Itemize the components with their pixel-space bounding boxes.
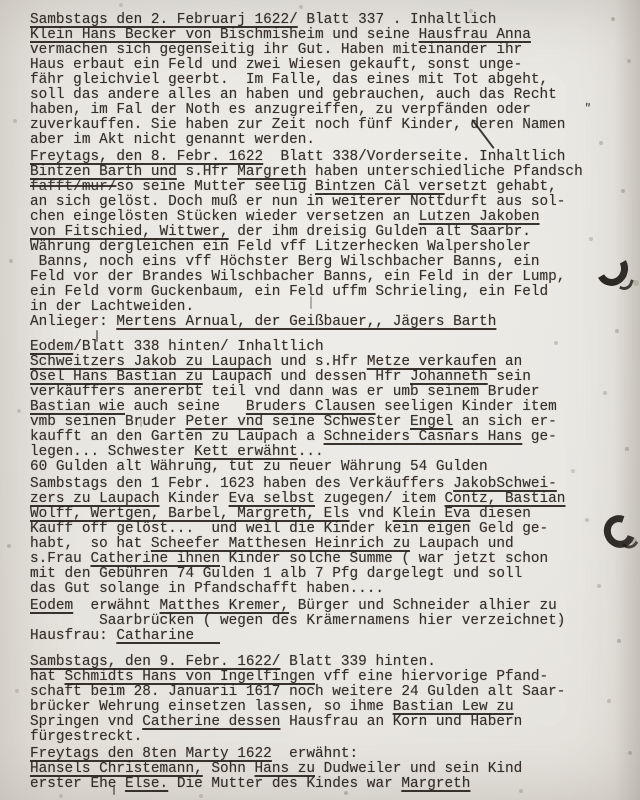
document-line: Sambstags den 1 Febr. 1623 haben des Ver…	[30, 477, 620, 492]
document-line: mit den Gebühren 74 Gulden 1 alb 7 Pfg d…	[30, 567, 620, 582]
document-line: zers zu Laupach Kinder Eva selbst zugege…	[30, 492, 620, 507]
underlined-text: Bintzen Cäl ver	[315, 179, 445, 195]
text: Sambstags den 1 Febr. 1623 haben des Ver…	[30, 476, 453, 492]
underlined-text: Catherine dessen	[142, 714, 280, 730]
text: chen eingelösten Stücken wieder versetze…	[30, 209, 419, 225]
document-line: Schweitzers Jakob zu Laupach und s.Hfr M…	[30, 355, 620, 370]
text: an sich gelöst. Doch muß er nun in weite…	[30, 194, 565, 210]
text: vnd	[350, 506, 393, 522]
text: aber im Akt nicht genannt werden.	[30, 132, 315, 148]
text: brücker Wehrung einsetzen lassen, so ihm…	[30, 699, 393, 715]
text: so seine Mutter seelig	[116, 179, 315, 195]
scanned-document-page: Sambstags den 2. Februarj 1622/ Blatt 33…	[0, 0, 640, 800]
underlined-text: Contz, Bastian	[445, 491, 566, 507]
text: legen... Schwester	[30, 444, 194, 460]
paragraph: Eodem/Blatt 338 hinten/ InhaltlichSchwei…	[30, 340, 620, 475]
underlined-text: Johanneth	[410, 369, 488, 385]
text: Saarbrücken ( wegen des Krämernamens hie…	[30, 613, 565, 629]
document-line: Freytags, den 8. Febr. 1622 Blatt 338/Vo…	[30, 150, 620, 165]
document-line: in der Lachtweiden.	[30, 300, 620, 315]
text: zugegen/ item	[315, 491, 445, 507]
page-edge-shading	[614, 0, 640, 800]
text: erwähnt	[73, 598, 159, 614]
document-line: Sambstags den 2. Februarj 1622/ Blatt 33…	[30, 13, 620, 28]
text: Banns, noch eins vff Höchster Berg Wilsc…	[30, 254, 540, 270]
underlined-text: Bintzen Barth und	[30, 164, 177, 180]
document-line: Haus erbaut ein Feld und zwei Wiesen gek…	[30, 58, 620, 73]
stray-mark	[140, 417, 142, 427]
text: mit den Gebühren 74 Gulden 1 alb 7 Pfg d…	[30, 566, 522, 582]
underlined-text: Mertens Arnual, der Geißbauer,, Jägers B…	[116, 314, 496, 330]
text: habt, so hat	[30, 536, 151, 552]
text: Hausfrau an Korn und Habern	[280, 714, 522, 730]
document-line: erster Ehe Else. Die Mutter des Kindes w…	[30, 777, 620, 792]
underlined-text: Lutzen Jakoben	[419, 209, 540, 225]
underlined-text: Engel	[410, 414, 453, 430]
document-line: Feld vor der Brandes Wilschbacher Banns,…	[30, 270, 620, 285]
stray-mark	[310, 296, 312, 309]
document-line: Springen vnd Catherine dessen Hausfrau a…	[30, 715, 620, 730]
underlined-text: Matthes Kremer,	[160, 598, 290, 614]
document-line: haben, im Fal der Noth es anzugreiffen, …	[30, 103, 620, 118]
underlined-text: Kett erwähnt	[194, 444, 298, 460]
underlined-text: Eva selbst	[229, 491, 315, 507]
text: zuverkauffen. Sie haben zur Zeit noch fü…	[30, 117, 565, 133]
text: Laupach und	[410, 536, 514, 552]
document-line: fafft/mur/so seine Mutter seelig Bintzen…	[30, 180, 620, 195]
document-line: vermachen sich gegenseitig ihr Gut. Habe…	[30, 43, 620, 58]
underlined-text: Bastian Lew zu	[393, 699, 514, 715]
text: Blatt 337 . Inhaltlich	[298, 12, 497, 28]
stray-mark	[113, 786, 115, 795]
underlined-text: Hausfrau Anna	[419, 27, 531, 43]
document-line: Hansels Christemann, Sohn Hans zu Dudwei…	[30, 762, 620, 777]
text: hat	[30, 669, 65, 685]
underlined-text: Sambstags den 2. Februarj 1622/	[30, 12, 298, 28]
underlined-text: Freytags, den 8. Febr. 1622	[30, 149, 263, 165]
handwritten-tick-mark: ″	[583, 103, 592, 116]
text: 60 Gulden alt Währung, tut zu neuer Währ…	[30, 459, 488, 475]
document-line: Anlieger: Mertens Arnual, der Geißbauer,…	[30, 315, 620, 330]
text: Laupach und dessen Hfr	[203, 369, 410, 385]
underlined-text: zers zu Laupach	[30, 491, 160, 507]
text: haben unterschiedliche Pfandsch	[306, 164, 582, 180]
document-line: 60 Gulden alt Währung, tut zu neuer Währ…	[30, 460, 620, 475]
underlined-text: Klein Hans Becker von	[30, 27, 211, 43]
text: fähr gleichviel geerbt. Im Falle, das ei…	[30, 72, 548, 88]
text: auch seine	[125, 399, 246, 415]
document-line: Eodem/Blatt 338 hinten/ Inhaltlich	[30, 340, 620, 355]
text: der ihm dreisig Gulden alt Saarbr.	[229, 224, 531, 240]
document-line: soll das andere alles an haben und gebra…	[30, 88, 620, 103]
underlined-text: Scheefer Matthesen Heinrich zu	[151, 536, 410, 552]
text: schaft beim 28. Januarii 1617 noch weite…	[30, 684, 565, 700]
document-line: fähr gleichviel geerbt. Im Falle, das ei…	[30, 73, 620, 88]
text: soll das andere alles an haben und gebra…	[30, 87, 557, 103]
underlined-text: Peter vnd	[185, 414, 263, 430]
document-line: Hausfrau: Catharine	[30, 629, 620, 644]
underlined-text: Schneiders Casnars Hans	[324, 429, 523, 445]
underlined-text: Hans zu	[255, 761, 315, 777]
document-line: Freytags den 8ten Marty 1622 erwähnt:	[30, 747, 620, 762]
text: ...	[298, 444, 324, 460]
text: diesen	[470, 506, 530, 522]
text: und s.Hfr	[272, 354, 367, 370]
document-line: vmb seinen Bruder Peter vnd seine Schwes…	[30, 415, 620, 430]
text: s.Hfr	[177, 164, 237, 180]
text: Blatt 339 hinten.	[280, 654, 435, 670]
document-line: Wolff, Wertgen, Barbel, Margreth, Els vn…	[30, 507, 620, 522]
paragraph: Sambstags, den 9. Febr. 1622/ Blatt 339 …	[30, 655, 620, 745]
text: Kinder solche Summe ( war jetzt schon	[220, 551, 548, 567]
text: Dudweiler und sein Kind	[315, 761, 522, 777]
document-line: habt, so hat Scheefer Matthesen Heinrich…	[30, 537, 620, 552]
document-line: schaft beim 28. Januarii 1617 noch weite…	[30, 685, 620, 700]
paragraph: Freytags, den 8. Febr. 1622 Blatt 338/Vo…	[30, 150, 620, 330]
text: Kauff off gelöst... und weil die Kinder …	[30, 521, 548, 537]
underlined-text: Bruders Clausen	[246, 399, 376, 415]
document-line: Sambstags, den 9. Febr. 1622/ Blatt 339 …	[30, 655, 620, 670]
text: erster Ehe	[30, 776, 125, 792]
document-line: fürgestreckt.	[30, 730, 620, 745]
text: vff eine hiervorige Pfand-	[315, 669, 548, 685]
text: Kinder	[160, 491, 229, 507]
document-line: kaufft an den Garten zu Laupach a Schnei…	[30, 430, 620, 445]
underlined-text: Else.	[125, 776, 168, 792]
document-line: Kauff off gelöst... und weil die Kinder …	[30, 522, 620, 537]
paragraph: Freytags den 8ten Marty 1622 erwähnt:Han…	[30, 747, 620, 792]
document-body: Sambstags den 2. Februarj 1622/ Blatt 33…	[30, 13, 620, 792]
text: Bürger und Schneider alhier zu	[289, 598, 557, 614]
text: ein Feld vorm Guckenbaum, ein Feld uffm …	[30, 284, 548, 300]
text: verkäuffers anererbt teil vnd dann was e…	[30, 384, 540, 400]
text: an sich er-	[453, 414, 557, 430]
document-line: ein Feld vorm Guckenbaum, ein Feld uffm …	[30, 285, 620, 300]
underlined-text: Bastian wie	[30, 399, 125, 415]
underlined-text: JakobSchwei-	[453, 476, 557, 492]
text: /Blatt 338 hinten/ Inhaltlich	[73, 339, 323, 355]
document-line: aber im Akt nicht genannt werden.	[30, 133, 620, 148]
underlined-text: Schmidts Hans von Ingelfingen	[65, 669, 315, 685]
document-line: hat Schmidts Hans von Ingelfingen vff ei…	[30, 670, 620, 685]
text: kaufft an den Garten zu Laupach a	[30, 429, 324, 445]
text: haben, im Fal der Noth es anzugreiffen, …	[30, 102, 531, 118]
text: Springen vnd	[30, 714, 142, 730]
underlined-text: Sambstags, den 9. Febr. 1622/	[30, 654, 280, 670]
underlined-text: Ösel Hans Bastian zu	[30, 369, 203, 385]
text: setzt gehabt,	[445, 179, 557, 195]
text: das Gut solange in Pfandschafft haben...…	[30, 581, 384, 597]
underlined-text: Schweitzers Jakob zu Laupach	[30, 354, 272, 370]
text: Sohn	[203, 761, 255, 777]
document-line: das Gut solange in Pfandschafft haben...…	[30, 582, 620, 597]
text: in der Lachtweiden.	[30, 299, 194, 315]
document-line: Bastian wie auch seine Bruders Clausen s…	[30, 400, 620, 415]
text: sein	[488, 369, 531, 385]
document-line: von Fitschied, Wittwer, der ihm dreisig …	[30, 225, 620, 240]
text: Anlieger:	[30, 314, 116, 330]
text: Die Mutter des Kindes war	[168, 776, 401, 792]
document-line: Währung dergleichen ein Feld vff Litzerh…	[30, 240, 620, 255]
document-line: Eodem erwähnt Matthes Kremer, Bürger und…	[30, 599, 620, 614]
document-line: an sich gelöst. Doch muß er nun in weite…	[30, 195, 620, 210]
document-line: zuverkauffen. Sie haben zur Zeit noch fü…	[30, 118, 620, 133]
underlined-text: Wolff, Wertgen, Barbel, Margreth, Els	[30, 506, 350, 522]
underlined-text: Klein Eva	[393, 506, 471, 522]
text: erwähnt:	[272, 746, 358, 762]
document-line: Ösel Hans Bastian zu Laupach und dessen …	[30, 370, 620, 385]
underlined-text: Freytags den 8ten Marty 1622	[30, 746, 272, 762]
text: Bischmisheim und seine	[211, 27, 418, 43]
text: seine Schwester	[263, 414, 410, 430]
underlined-text: Hansels Christemann,	[30, 761, 203, 777]
document-line: chen eingelösten Stücken wieder versetze…	[30, 210, 620, 225]
text: ge-	[522, 429, 557, 445]
underlined-text: Catharine	[116, 628, 220, 644]
text: vermachen sich gegenseitig ihr Gut. Habe…	[30, 42, 522, 58]
underlined-text: Eodem	[30, 598, 73, 614]
text: Hausfrau:	[30, 628, 116, 644]
document-line: Banns, noch eins vff Höchster Berg Wilsc…	[30, 255, 620, 270]
underlined-text: Catherine ihnen	[90, 551, 220, 567]
scan-noise-speckles	[0, 0, 2, 2]
document-line: s.Frau Catherine ihnen Kinder solche Sum…	[30, 552, 620, 567]
text: vmb seinen Bruder	[30, 414, 185, 430]
document-line: Klein Hans Becker von Bischmisheim und s…	[30, 28, 620, 43]
text: Währung dergleichen ein Feld vff Litzerh…	[30, 239, 531, 255]
text: seeligen Kinder item	[375, 399, 556, 415]
paragraph: Eodem erwähnt Matthes Kremer, Bürger und…	[30, 599, 620, 644]
paragraph: Sambstags den 2. Februarj 1622/ Blatt 33…	[30, 13, 620, 148]
document-line: legen... Schwester Kett erwähnt...	[30, 445, 620, 460]
document-line: Saarbrücken ( wegen des Krämernamens hie…	[30, 614, 620, 629]
text: Feld vor der Brandes Wilschbacher Banns,…	[30, 269, 565, 285]
underlined-text: Eodem	[30, 339, 73, 355]
text: s.Frau	[30, 551, 90, 567]
document-line: verkäuffers anererbt teil vnd dann was e…	[30, 385, 620, 400]
underlined-text: von Fitschied, Wittwer,	[30, 224, 229, 240]
underlined-text: Metze verkaufen	[367, 354, 497, 370]
document-line: brücker Wehrung einsetzen lassen, so ihm…	[30, 700, 620, 715]
text: fürgestreckt.	[30, 729, 142, 745]
document-line: Bintzen Barth und s.Hfr Margreth haben u…	[30, 165, 620, 180]
text: Blatt 338/Vorderseite. Inhaltlich	[263, 149, 565, 165]
text: an	[496, 354, 522, 370]
stray-mark	[96, 330, 98, 342]
underlined-text: Margreth	[237, 164, 306, 180]
text: Haus erbaut ein Feld und zwei Wiesen gek…	[30, 57, 522, 73]
underlined-text: Margreth	[401, 776, 470, 792]
struck-text: fafft/mur/	[30, 179, 116, 195]
paragraph: Sambstags den 1 Febr. 1623 haben des Ver…	[30, 477, 620, 597]
